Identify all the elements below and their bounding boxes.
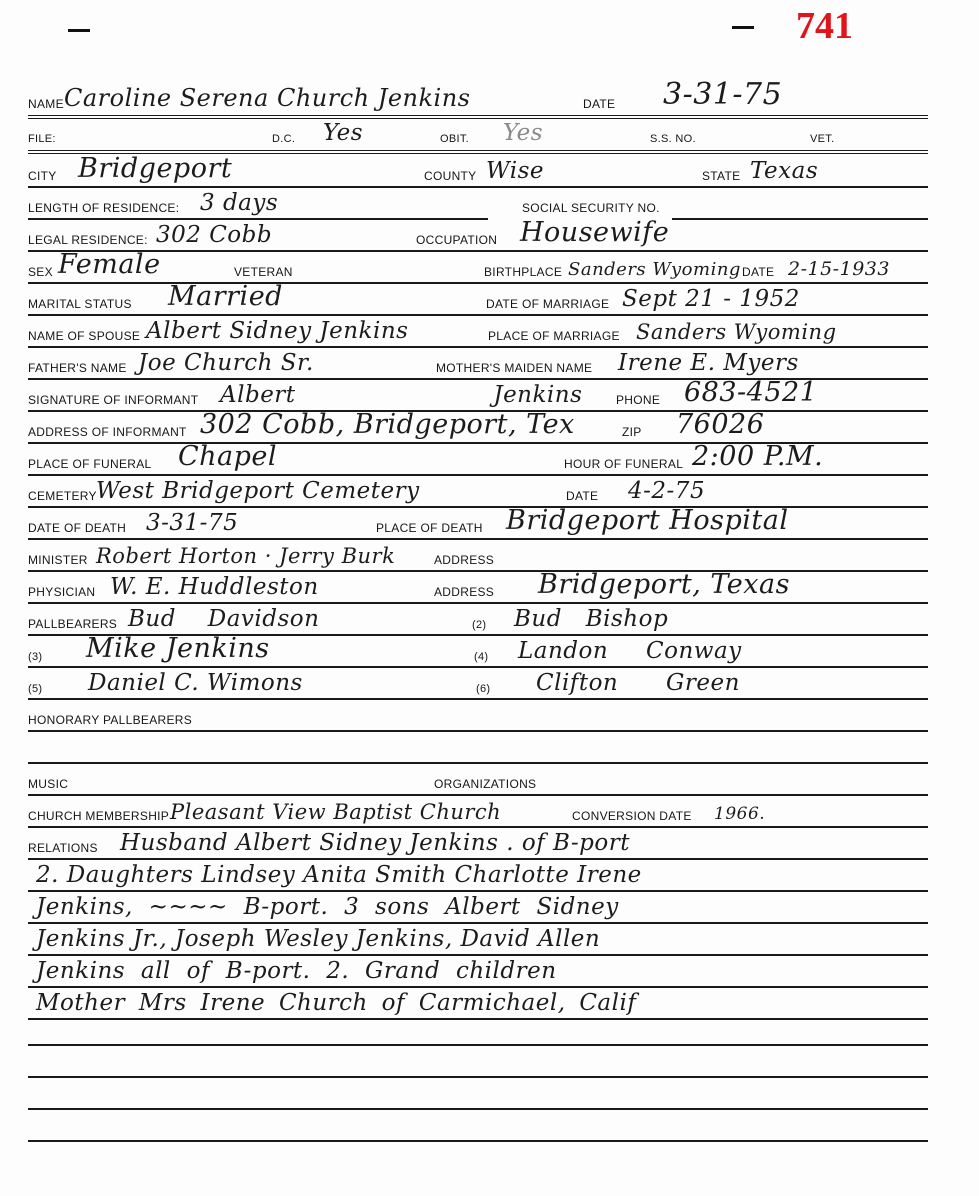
minister-label: MINISTER xyxy=(28,553,88,567)
relations-row: Jenkins, ~~~~ B-port. 3 sons Albert Sidn… xyxy=(28,892,928,922)
relations-line-6: Mother Mrs Irene Church of Carmichael, C… xyxy=(36,990,636,1016)
relations-line-4: Jenkins Jr., Joseph Wesley Jenkins, Davi… xyxy=(36,926,600,952)
blank-rule xyxy=(28,1044,928,1046)
relations-line-5: Jenkins all of B-port. 2. Grand children xyxy=(36,958,557,984)
pallbearer-2: Bud Bishop xyxy=(514,606,668,632)
physician-value: W. E. Huddleston xyxy=(110,574,319,600)
church-value: Pleasant View Baptist Church xyxy=(170,800,501,824)
place-of-marriage-label: PLACE OF MARRIAGE xyxy=(488,329,620,343)
relations-row: RELATIONS Husband Albert Sidney Jenkins … xyxy=(28,828,928,858)
scan-mark-left xyxy=(68,29,90,32)
zip-value: 76026 xyxy=(676,409,764,440)
informant-address-label: ADDRESS OF INFORMANT xyxy=(28,425,187,439)
hour-of-funeral-label: HOUR OF FUNERAL xyxy=(564,457,683,471)
rule xyxy=(28,150,928,151)
sex-value: Female xyxy=(58,249,161,280)
funeral-row: PLACE OF FUNERAL Chapel HOUR OF FUNERAL … xyxy=(28,444,928,474)
record-number: 741 xyxy=(796,4,853,48)
cemetery-value: West Bridgeport Cemetery xyxy=(96,478,420,504)
file-row: FILE: D.C. Yes OBIT. Yes S.S. NO. VET. xyxy=(28,120,928,148)
mother-value: Irene E. Myers xyxy=(618,350,799,376)
hour-of-funeral-value: 2:00 P.M. xyxy=(692,441,823,472)
vet-label: VET. xyxy=(810,133,834,145)
parents-row: FATHER'S NAME Joe Church Sr. MOTHER'S MA… xyxy=(28,348,928,378)
ss-no-label: S.S. NO. xyxy=(650,133,696,145)
informant-value: Albert Jenkins xyxy=(220,382,582,408)
marital-status-label: MARITAL STATUS xyxy=(28,297,132,311)
informant-label: SIGNATURE OF INFORMANT xyxy=(28,393,198,407)
informant-address-value: 302 Cobb, Bridgeport, Tex xyxy=(200,409,575,440)
honorary-pallbearers-row: HONORARY PALLBEARERS xyxy=(28,700,928,730)
minister-row: MINISTER Robert Horton · Jerry Burk ADDR… xyxy=(28,540,928,570)
relations-row: Jenkins all of B-port. 2. Grand children xyxy=(28,956,928,986)
marital-status-value: Married xyxy=(168,281,283,312)
father-label: FATHER'S NAME xyxy=(28,361,127,375)
pallbearer-6: Clifton Green xyxy=(536,670,740,696)
birthplace-label: BIRTHPLACE xyxy=(484,265,562,279)
city-label: CITY xyxy=(28,169,57,183)
relations-line-2: 2. Daughters Lindsey Anita Smith Charlot… xyxy=(36,862,642,888)
spouse-label: NAME OF SPOUSE xyxy=(28,329,140,343)
rule xyxy=(28,115,928,116)
conversion-label: CONVERSION DATE xyxy=(572,809,692,823)
birth-date-value: 2-15-1933 xyxy=(788,258,890,280)
relations-label: RELATIONS xyxy=(28,841,98,855)
name-label: NAME xyxy=(28,97,64,111)
pallbearer-4: Landon Conway xyxy=(518,638,742,664)
sex-label: SEX xyxy=(28,265,53,279)
pallbearer-1: Bud Davidson xyxy=(128,606,319,632)
legal-residence-row: LEGAL RESIDENCE: 302 Cobb OCCUPATION Hou… xyxy=(28,220,928,250)
spouse-row: NAME OF SPOUSE Albert Sidney Jenkins PLA… xyxy=(28,316,928,346)
spouse-value: Albert Sidney Jenkins xyxy=(146,318,408,344)
relations-line-3: Jenkins, ~~~~ B-port. 3 sons Albert Sidn… xyxy=(36,894,619,920)
legal-residence-value: 302 Cobb xyxy=(156,222,272,248)
date-label: DATE xyxy=(583,97,615,111)
scan-mark-right xyxy=(732,26,754,29)
physician-label: PHYSICIAN xyxy=(28,585,95,599)
funeral-date-label: DATE xyxy=(566,489,598,503)
birth-date-label: DATE xyxy=(742,265,774,279)
dc-label: D.C. xyxy=(272,133,295,145)
date-of-marriage-value: Sept 21 - 1952 xyxy=(622,286,800,312)
pallbearer-5: Daniel C. Wimons xyxy=(88,670,303,696)
pallbearers-row-3: (5) Daniel C. Wimons (6) Clifton Green xyxy=(28,668,928,698)
physician-address-value: Bridgeport, Texas xyxy=(538,569,790,600)
state-label: STATE xyxy=(702,169,740,183)
father-value: Joe Church Sr. xyxy=(138,350,314,376)
pallbearers-label: PALLBEARERS xyxy=(28,617,117,631)
church-label: CHURCH MEMBERSHIP xyxy=(28,809,169,823)
city-row: CITY Bridgeport COUNTY Wise STATE Texas xyxy=(28,156,928,186)
minister-address-label: ADDRESS xyxy=(434,553,494,567)
physician-row: PHYSICIAN W. E. Huddleston ADDRESS Bridg… xyxy=(28,572,928,602)
file-label: FILE: xyxy=(28,133,56,145)
informant-address-row: ADDRESS OF INFORMANT 302 Cobb, Bridgepor… xyxy=(28,412,928,442)
name-value: Caroline Serena Church Jenkins xyxy=(64,84,471,112)
length-of-residence-label: LENGTH OF RESIDENCE: xyxy=(28,201,179,215)
county-value: Wise xyxy=(486,158,544,184)
date-of-death-label: DATE OF DEATH xyxy=(28,521,126,535)
obit-label: OBIT. xyxy=(440,133,469,145)
place-of-marriage-value: Sanders Wyoming xyxy=(636,320,837,344)
relations-row: 2. Daughters Lindsey Anita Smith Charlot… xyxy=(28,860,928,890)
social-security-label: SOCIAL SECURITY NO. xyxy=(522,201,660,215)
veteran-label: VETERAN xyxy=(234,265,293,279)
place-of-funeral-value: Chapel xyxy=(178,441,277,472)
name-row: NAME Caroline Serena Church Jenkins DATE… xyxy=(28,86,928,114)
place-of-death-value: Bridgeport Hospital xyxy=(506,505,788,536)
funeral-record-page: 741 NAME Caroline Serena Church Jenkins … xyxy=(0,0,979,1196)
occupation-value: Housewife xyxy=(520,217,669,248)
organizations-label: ORGANIZATIONS xyxy=(434,777,536,791)
pallbearer-6-num: (6) xyxy=(476,683,490,695)
pallbearer-3-num: (3) xyxy=(28,651,42,663)
blank-rule xyxy=(28,1108,928,1110)
pallbearers-row-2: (3) Mike Jenkins (4) Landon Conway xyxy=(28,636,928,666)
city-value: Bridgeport xyxy=(78,153,232,184)
length-of-residence-value: 3 days xyxy=(200,190,278,216)
pallbearer-2-num: (2) xyxy=(472,619,486,631)
relations-row: Jenkins Jr., Joseph Wesley Jenkins, Davi… xyxy=(28,924,928,954)
honorary-pallbearers-label: HONORARY PALLBEARERS xyxy=(28,713,192,727)
rule xyxy=(28,1018,928,1020)
place-of-death-label: PLACE OF DEATH xyxy=(376,521,483,535)
obit-value: Yes xyxy=(503,120,543,146)
legal-residence-label: LEGAL RESIDENCE: xyxy=(28,233,148,247)
sex-row: SEX Female VETERAN BIRTHPLACE Sanders Wy… xyxy=(28,252,928,282)
date-value: 3-31-75 xyxy=(663,77,782,112)
phone-value: 683-4521 xyxy=(684,377,817,408)
cemetery-label: CEMETERY xyxy=(28,489,97,503)
death-row: DATE OF DEATH 3-31-75 PLACE OF DEATH Bri… xyxy=(28,508,928,538)
rule xyxy=(28,730,928,732)
relations-row: Mother Mrs Irene Church of Carmichael, C… xyxy=(28,988,928,1018)
date-of-death-value: 3-31-75 xyxy=(146,510,238,536)
relations-line-1: Husband Albert Sidney Jenkins . of B-por… xyxy=(120,830,630,856)
pallbearer-4-num: (4) xyxy=(474,651,488,663)
place-of-funeral-label: PLACE OF FUNERAL xyxy=(28,457,152,471)
county-label: COUNTY xyxy=(424,169,476,183)
funeral-date-value: 4-2-75 xyxy=(628,478,705,504)
pallbearers-row-1: PALLBEARERS Bud Davidson (2) Bud Bishop xyxy=(28,604,928,634)
marital-status-row: MARITAL STATUS Married DATE OF MARRIAGE … xyxy=(28,284,928,314)
pallbearer-5-num: (5) xyxy=(28,683,42,695)
informant-row: SIGNATURE OF INFORMANT Albert Jenkins PH… xyxy=(28,380,928,410)
music-label: MUSIC xyxy=(28,777,68,791)
pallbearer-3: Mike Jenkins xyxy=(86,633,270,664)
birthplace-value: Sanders Wyoming xyxy=(568,259,741,280)
dc-value: Yes xyxy=(323,120,363,146)
residence-length-row: LENGTH OF RESIDENCE: 3 days SOCIAL SECUR… xyxy=(28,188,928,218)
minister-value: Robert Horton · Jerry Burk xyxy=(96,544,395,568)
date-of-marriage-label: DATE OF MARRIAGE xyxy=(486,297,609,311)
state-value: Texas xyxy=(750,158,818,184)
occupation-label: OCCUPATION xyxy=(416,233,497,247)
music-row: MUSIC ORGANIZATIONS xyxy=(28,764,928,794)
church-row: CHURCH MEMBERSHIP Pleasant View Baptist … xyxy=(28,796,928,826)
blank-rule xyxy=(28,1140,928,1142)
physician-address-label: ADDRESS xyxy=(434,585,494,599)
phone-label: PHONE xyxy=(616,393,660,407)
cemetery-row: CEMETERY West Bridgeport Cemetery DATE 4… xyxy=(28,476,928,506)
zip-label: ZIP xyxy=(622,425,642,439)
mother-label: MOTHER'S MAIDEN NAME xyxy=(436,361,592,375)
blank-rule xyxy=(28,1076,928,1078)
conversion-value: 1966. xyxy=(714,804,765,824)
